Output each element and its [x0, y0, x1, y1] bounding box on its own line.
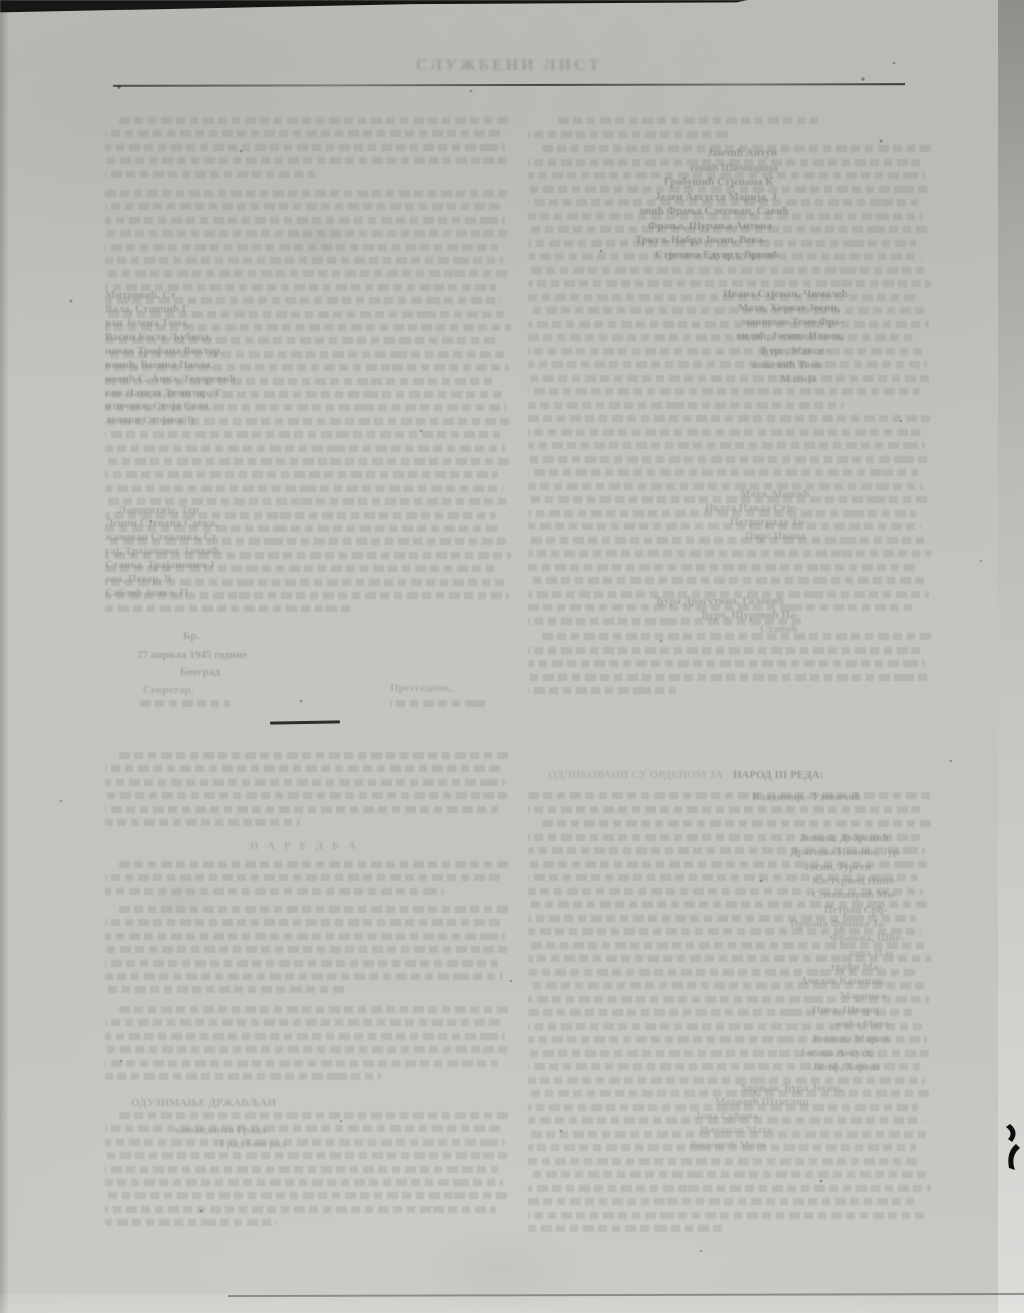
faded-text-line	[105, 1152, 510, 1159]
legible-text-fragment: нића Мате	[836, 1018, 889, 1030]
faded-text-line	[119, 752, 512, 759]
faded-text-line	[105, 1033, 505, 1040]
faded-text-line	[105, 960, 498, 967]
legible-text-fragment: Мато, Хорват Јосип,	[738, 302, 840, 314]
faded-text-line	[105, 485, 503, 492]
faded-text-line	[105, 819, 300, 826]
faded-text-line	[528, 1158, 921, 1165]
legible-text-fragment: видић, Јосипа Ивана,	[736, 330, 843, 342]
legible-text-fragment: Петрограда То-	[730, 516, 807, 528]
legible-text-fragment: Мозачић Штиглиц	[715, 1096, 809, 1108]
legible-text-fragment: Тркуљ Набрд Јосип, Вева-	[635, 234, 766, 246]
faded-text-line	[105, 946, 510, 953]
faded-text-line	[528, 687, 676, 694]
legible-text-fragment: Јосип, Јурсен	[804, 861, 871, 873]
faded-text-line	[528, 660, 925, 667]
faded-text-line	[105, 445, 505, 452]
legible-text-fragment: Станић	[760, 623, 798, 635]
legible-text-fragment: Мата, Машић	[740, 488, 810, 500]
legible-text-fragment: Кастурнец Нино-	[812, 875, 898, 887]
legible-text-fragment: ОДЛИКОВАНИ СУ ОРДЕНОМ ЗА	[548, 769, 723, 781]
legible-text-fragment: 27 априла 1945 године	[137, 649, 247, 661]
text-columns: Митровић, СтВала, Станчић Гван Јелена То…	[0, 0, 1024, 1313]
legible-text-fragment: овић Фрања Слеговац, Савић	[640, 205, 789, 217]
legible-text-fragment: Бр.	[183, 630, 199, 642]
legible-text-fragment: Хорњак Ђура Јосип,	[740, 1082, 843, 1094]
legible-text-fragment: Н А Р Е Д Б А	[250, 840, 359, 852]
faded-text-line	[105, 270, 508, 277]
faded-text-line	[105, 1125, 500, 1132]
legible-text-fragment: Јана Срђана	[695, 1110, 758, 1122]
faded-text-line	[528, 550, 931, 557]
legible-text-fragment: новић, Васина Павла,	[105, 359, 213, 371]
legible-text-fragment: нован Трофана Виктор,	[105, 345, 223, 357]
faded-text-line	[119, 1006, 512, 1013]
legible-text-fragment: новић С. Анка, Тодоровић	[105, 373, 235, 385]
legible-text-fragment: Секретар,	[143, 684, 193, 696]
faded-text-line	[105, 1219, 277, 1226]
ink-mark	[1002, 1124, 1024, 1172]
faded-text-line	[528, 1185, 931, 1192]
legible-text-fragment: ана, Петар, В	[105, 573, 171, 585]
legible-text-fragment: Пирс Ивана	[745, 530, 805, 542]
faded-text-line	[528, 131, 728, 138]
faded-text-line	[528, 1171, 926, 1178]
legible-text-fragment: Лаврентије, Тер	[118, 504, 199, 516]
faded-text-line	[105, 431, 500, 438]
legible-text-fragment: тврђи Ма-	[830, 961, 882, 973]
faded-text-line	[528, 1225, 727, 1232]
legible-text-fragment: птичани, Стоја Сава,	[105, 400, 211, 412]
faded-text-line	[105, 605, 355, 612]
legible-text-fragment: Ђура Драгутина, Галовић	[655, 595, 784, 607]
faded-text-line	[105, 230, 510, 237]
faded-text-line	[542, 633, 932, 640]
legible-text-fragment: Станка, Трајановим Ј	[105, 559, 215, 571]
faded-text-line	[390, 700, 485, 707]
legible-text-fragment: говић Шимицица	[690, 162, 778, 174]
faded-text-line	[528, 806, 920, 813]
legible-text-fragment: Стјепана Едуард, Вршић	[655, 249, 779, 261]
legible-text-fragment: Град Београд	[220, 1138, 286, 1150]
faded-text-line	[105, 919, 500, 926]
legible-text-fragment: Ивана Стјепан, Чималећ	[723, 288, 848, 300]
legible-text-fragment: Нова, Шворц	[812, 1004, 879, 1016]
scanned-page: СЛУЖБЕНИ ЛИСТ Митровић, СтВала, Станчић …	[0, 0, 1024, 1313]
faded-text-line	[528, 348, 922, 355]
legible-text-fragment: Ђуро, Мансел	[760, 345, 830, 357]
faded-text-line	[528, 537, 926, 544]
faded-text-line	[105, 1046, 510, 1053]
scan-bottom-edge	[0, 1294, 1024, 1313]
legible-text-fragment: Фрањка, Шће-	[830, 932, 904, 944]
faded-text-line	[528, 1198, 919, 1205]
faded-text-line	[105, 888, 444, 895]
faded-text-line	[542, 820, 932, 827]
legible-text-fragment: Јозеф, Хорват	[812, 1061, 881, 1073]
faded-text-line	[105, 1206, 496, 1213]
faded-text-line	[119, 861, 512, 868]
legible-text-fragment: лава Иле	[848, 947, 893, 959]
faded-text-line	[105, 471, 498, 478]
faded-text-line	[105, 157, 510, 164]
legible-text-fragment: Претседник,	[390, 682, 452, 694]
legible-text-fragment: Словинарић Ми-	[812, 889, 897, 901]
legible-text-fragment: Грабушић Стјепана К	[664, 176, 773, 188]
faded-text-line	[105, 257, 503, 264]
faded-text-line	[528, 1212, 924, 1219]
legible-text-fragment: Владимир,- Удовичић	[752, 791, 861, 803]
faded-text-line	[528, 792, 932, 799]
faded-text-line	[119, 1112, 512, 1119]
legible-text-fragment: Вала, Станчић Г	[105, 303, 189, 315]
legible-text-fragment: Саблић Јанко, П	[105, 587, 188, 599]
faded-text-line	[558, 117, 818, 124]
legible-text-fragment: Фрања, Шурања Антона	[648, 220, 772, 232]
legible-text-fragment: Јелен Августа Марија, Ј	[655, 191, 777, 203]
faded-text-line	[105, 144, 505, 151]
legible-text-fragment: Јована, Добранић	[800, 832, 888, 844]
faded-text-line	[105, 792, 510, 799]
legible-text-fragment: ван Лазара Димитар, Т	[105, 387, 221, 399]
faded-text-line	[119, 906, 512, 913]
faded-text-line	[140, 700, 230, 707]
faded-text-line	[528, 307, 924, 314]
legible-text-fragment: ловани Стојана Ђ	[105, 414, 194, 426]
faded-text-line	[528, 564, 919, 571]
faded-text-line	[528, 267, 926, 274]
paper-speckles	[0, 0, 2, 2]
faded-text-line	[528, 647, 920, 654]
faded-text-line	[528, 577, 924, 584]
faded-text-line	[105, 217, 505, 224]
faded-text-line	[528, 361, 927, 368]
legible-text-fragment: Матија	[780, 373, 817, 385]
legible-text-fragment: НАРОД III РЕДА:	[733, 769, 823, 781]
faded-text-line	[528, 321, 929, 328]
faded-text-line	[105, 203, 500, 210]
legible-text-fragment: Јанчић Антун	[707, 147, 777, 159]
legible-text-fragment: Ђуро, Шуровић Па-	[700, 609, 799, 621]
faded-text-line	[105, 1073, 381, 1080]
legible-text-fragment: ОДУЗИМАЊЕ ДРЖАВЉАН	[131, 1097, 276, 1109]
faded-text-line	[105, 1179, 503, 1186]
faded-text-line	[105, 986, 345, 993]
faded-text-line	[105, 874, 500, 881]
faded-text-line	[105, 1019, 500, 1026]
legible-text-fragment: Јованка Мариа	[812, 1033, 889, 1045]
faded-text-line	[528, 456, 930, 463]
faded-text-line	[528, 483, 923, 490]
legible-text-fragment: Драгиња Ивании, Јур-	[790, 846, 903, 858]
legible-text-fragment: Јосипа Август,	[800, 1047, 873, 1059]
faded-text-line	[528, 334, 917, 341]
legible-text-fragment: Видошић Мато	[690, 1139, 766, 1151]
faded-text-line	[528, 1077, 925, 1084]
legible-text-fragment: Икота Павла Стје-	[705, 502, 799, 514]
faded-text-line	[105, 171, 315, 178]
faded-text-line	[105, 1166, 498, 1173]
legible-text-fragment: Ленин Стевана Савка,	[105, 517, 218, 529]
legible-text-fragment: Маринко	[840, 990, 886, 1002]
faded-text-line	[528, 280, 931, 287]
legible-text-fragment: Митровић, Ст	[105, 289, 176, 301]
legible-text-fragment: Ачелав Каменац,	[800, 975, 886, 987]
faded-text-line	[528, 523, 921, 530]
faded-text-line	[528, 429, 920, 436]
faded-text-line	[528, 375, 932, 382]
legible-text-fragment: гај, Трајановог Јанкић	[105, 545, 219, 557]
faded-text-line	[105, 244, 498, 251]
faded-text-line	[528, 415, 932, 422]
faded-text-line	[528, 442, 925, 449]
faded-text-line	[105, 130, 500, 137]
faded-text-line	[105, 1192, 508, 1199]
legible-text-fragment: Петрац Срђ-	[824, 904, 887, 916]
faded-text-line	[119, 117, 512, 124]
legible-text-fragment: Васин Косте Љубица,	[105, 331, 212, 343]
faded-text-line	[105, 190, 512, 197]
faded-text-line	[528, 674, 930, 681]
legible-text-fragment: Првана Франко Ја-	[790, 918, 887, 930]
legible-text-fragment: ван Јелена Тома,	[105, 317, 189, 329]
faded-text-line	[528, 388, 920, 395]
faded-text-line	[105, 806, 498, 813]
faded-text-line	[528, 469, 918, 476]
faded-text-line	[105, 933, 505, 940]
faded-text-line	[105, 765, 500, 772]
faded-text-line	[105, 458, 510, 465]
legible-text-fragment: Његован Мате	[700, 1124, 772, 1136]
faded-text-line	[105, 1060, 498, 1067]
legible-text-fragment: жанован Стеванка, Ст	[105, 531, 217, 543]
legible-text-fragment: команданта Града	[175, 1124, 266, 1136]
faded-text-line	[105, 779, 505, 786]
faded-text-line	[528, 402, 844, 409]
legible-text-fragment: Београд	[180, 666, 220, 678]
faded-text-line	[105, 973, 503, 980]
legible-text-fragment: манишан Томе Фра-	[742, 316, 843, 328]
faded-text-line	[105, 1139, 505, 1146]
legible-text-fragment: овњевић Томо	[752, 359, 823, 371]
